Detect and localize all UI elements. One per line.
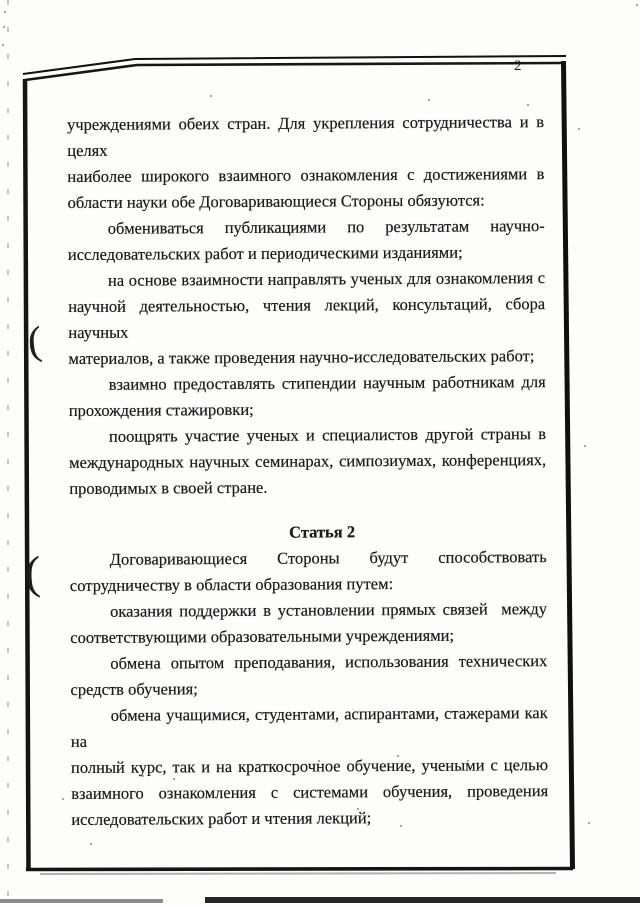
frame-top-outer-line xyxy=(23,56,566,74)
document-text-block: учреждениями обеих стран. Для укрепления… xyxy=(67,109,548,833)
page-number: 2 xyxy=(514,58,523,75)
paragraph: обмениваться публикациями по результатам… xyxy=(68,213,545,268)
paragraph: обмена учащимися, студентами, аспирантам… xyxy=(71,700,549,833)
scan-speck xyxy=(318,760,320,762)
scan-speck xyxy=(90,843,92,845)
scan-speck xyxy=(3,26,5,28)
scan-speck xyxy=(173,778,175,780)
frame-bottom-line xyxy=(26,869,573,870)
scan-speck xyxy=(467,760,469,762)
text-line: взаимно предоставлять стипендии научным … xyxy=(69,369,546,398)
frame-right-line xyxy=(564,61,573,869)
text-line: научной деятельностью, чтения лекций, ко… xyxy=(68,291,545,346)
text-line: обмена учащимися, студентами, аспирантам… xyxy=(71,700,548,755)
scan-speck xyxy=(4,11,6,13)
text-line: наиболее широкого взаимного ознакомления… xyxy=(67,161,544,190)
scan-speck xyxy=(357,808,359,810)
scan-speck xyxy=(397,755,399,757)
scan-speck xyxy=(62,798,64,800)
scan-speck xyxy=(527,104,529,106)
scan-speck xyxy=(578,128,580,130)
heading-line: Статья 2 xyxy=(69,518,546,547)
paragraph: на основе взаимности направлять ученых д… xyxy=(68,265,546,372)
frame-bottom-shadow-line xyxy=(40,873,556,874)
page-edge-shadow-right xyxy=(205,897,640,903)
text-line: учреждениями обеих стран. Для укрепления… xyxy=(67,109,544,164)
scanner-edge-dotted-line xyxy=(7,0,9,897)
scan-speck xyxy=(636,4,638,6)
handwritten-margin-mark-1: ( xyxy=(26,320,43,361)
text-line: Договаривающиеся Стороны будут способств… xyxy=(70,544,547,573)
text-line: исследовательских работ и периодическими… xyxy=(68,239,545,268)
frame-top-inner-line xyxy=(25,63,562,80)
paragraph: поощрять участие ученых и специалистов д… xyxy=(69,421,546,502)
text-line: соответствующими образовательными учрежд… xyxy=(70,622,547,651)
scan-speck xyxy=(584,445,586,447)
text-line: оказания поддержки в установлении прямых… xyxy=(70,596,547,625)
text-line: сотрудничеству в области образования пут… xyxy=(70,570,547,599)
page-edge-shadow-left xyxy=(0,899,163,903)
handwritten-margin-mark-2: ( xyxy=(24,550,41,597)
text-line: взаимного ознакомления с системами обуче… xyxy=(71,778,548,807)
text-line: обмениваться публикациями по результатам… xyxy=(68,213,545,242)
scan-speck xyxy=(588,822,590,824)
text-line: международных научных семинарах, симпози… xyxy=(69,447,546,476)
scan-speck xyxy=(428,99,430,101)
paragraph: оказания поддержки в установлении прямых… xyxy=(70,596,547,651)
text-line: прохождения стажировки; xyxy=(69,395,546,424)
text-line: поощрять участие ученых и специалистов д… xyxy=(69,421,546,450)
text-line: исследовательских работ и чтения лекций; xyxy=(71,804,548,833)
text-line: проводимых в своей стране. xyxy=(69,473,546,502)
text-line: обмена опытом преподавания, использовани… xyxy=(70,648,547,677)
article-heading: Статья 2 xyxy=(69,518,546,547)
text-line: материалов, а также проведения научно-ис… xyxy=(68,343,545,372)
text-line: области науки обе Договаривающиеся Сторо… xyxy=(67,187,544,216)
paragraph: учреждениями обеих стран. Для укрепления… xyxy=(67,109,545,216)
paragraph: взаимно предоставлять стипендии научным … xyxy=(69,369,546,424)
paragraph: Договаривающиеся Стороны будут способств… xyxy=(70,544,547,599)
scan-speck xyxy=(142,775,144,777)
text-line: средств обучения; xyxy=(70,674,547,703)
scanned-document-page: 2 учреждениями обеих стран. Для укреплен… xyxy=(0,0,640,905)
text-line: на основе взаимности направлять ученых д… xyxy=(68,265,545,294)
scan-speck xyxy=(210,95,212,97)
scan-speck xyxy=(400,825,402,827)
scan-speck xyxy=(120,817,122,819)
scan-speck xyxy=(2,44,4,46)
frame-left-line xyxy=(25,79,29,869)
paragraph: обмена опытом преподавания, использовани… xyxy=(70,648,547,703)
